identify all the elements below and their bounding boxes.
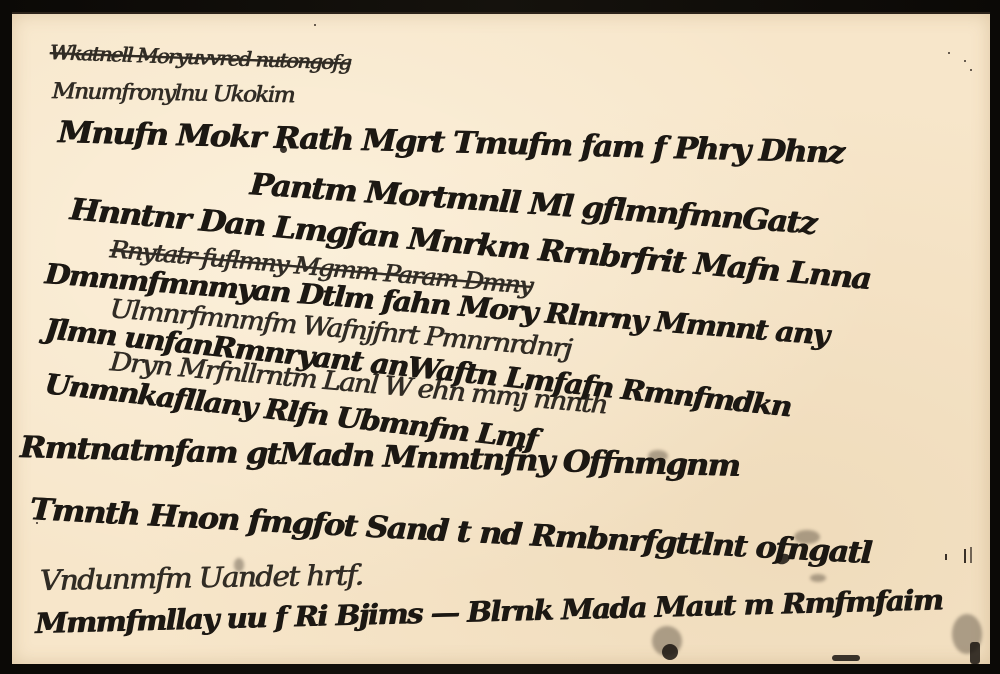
ink-smudge: [794, 530, 820, 544]
margin-mark: [945, 554, 947, 560]
paper-speck: [964, 60, 966, 62]
paper-speck: [36, 522, 38, 524]
handwritten-line: Mnumfronylnu Ukokim: [52, 79, 294, 108]
ink-smudge: [810, 574, 826, 582]
handwritten-line: Tmnth Hnon fmgfot Sand t nd Rmbnrfgttlnt…: [29, 492, 872, 571]
margin-mark: [964, 549, 966, 563]
ink-blot: [280, 146, 287, 153]
margin-mark: [970, 547, 972, 563]
paper-speck: [314, 24, 316, 26]
ink-blot: [832, 655, 860, 661]
paper-speck: [970, 69, 972, 71]
ink-smudge: [648, 450, 668, 462]
handwritten-line: Vndunmfm Uandet hrtf.: [40, 558, 363, 597]
handwritten-line: Mnufn Mokr Rath Mgrt Tmufm fam f Phry Dh…: [58, 115, 844, 171]
ink-blot: [662, 644, 678, 660]
paper-speck: [948, 52, 950, 54]
handwritten-line: Wkatnell Moryuvvred nutongofg: [50, 40, 351, 74]
manuscript-paper: Wkatnell Moryuvvred nutongofgMnumfronyln…: [12, 12, 990, 664]
ink-blot: [970, 642, 980, 664]
ink-smudge: [234, 558, 244, 572]
